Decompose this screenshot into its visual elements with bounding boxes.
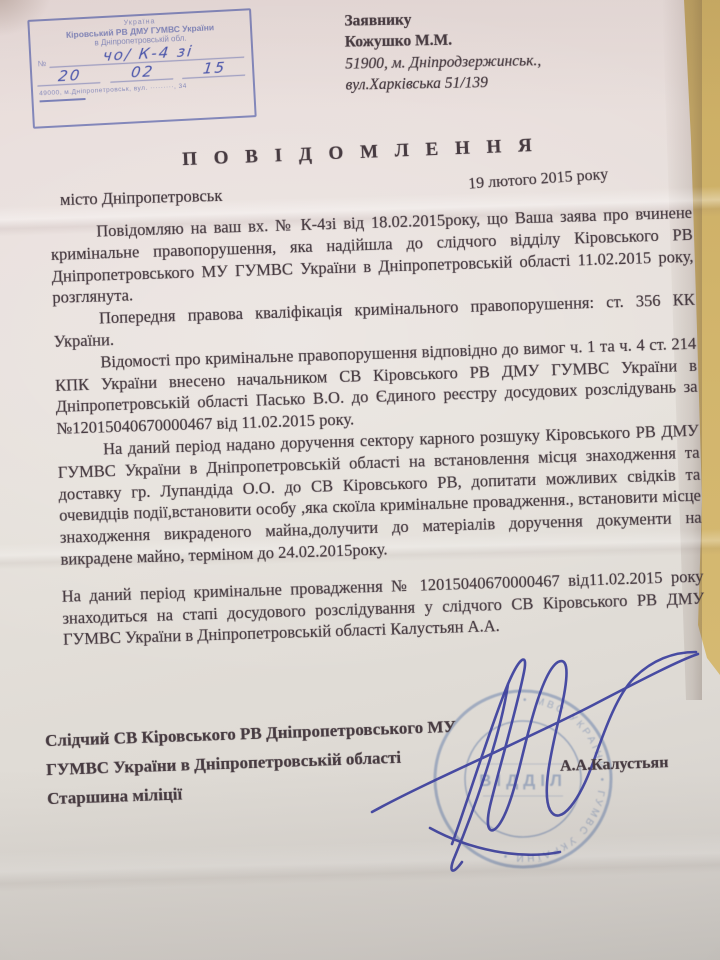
paragraph-assignment: На даний період надано доручення сектору…: [57, 420, 703, 571]
stamp-date-month-handwritten: 02: [110, 63, 175, 82]
stamp-date-day-handwritten: 20: [37, 67, 102, 86]
signature-cross-stroke: [430, 828, 560, 855]
stamp-date-year-handwritten: 15: [183, 59, 248, 78]
body-text: Повідомляю на ваш вх. № К-4зі від 18.02.…: [50, 202, 705, 651]
signer-name: А.А.Калустьян: [560, 754, 669, 776]
signature-block: Слідчий СВ Кіровського РВ Дніпропетровсь…: [45, 710, 518, 813]
document-city: місто Дніпропетровськ: [60, 186, 223, 210]
recipient-block: Заявнику Кожушко М.М. 51900, м. Дніпродз…: [344, 5, 645, 96]
stamp-underline-stub: [40, 98, 86, 102]
registration-stamp: Україна Кіровський РВ ДМУ ГУМВС України …: [27, 8, 256, 129]
stamp-number-prefix: №: [37, 59, 46, 68]
document-photo: Україна Кіровський РВ ДМУ ГУМВС України …: [0, 0, 720, 960]
